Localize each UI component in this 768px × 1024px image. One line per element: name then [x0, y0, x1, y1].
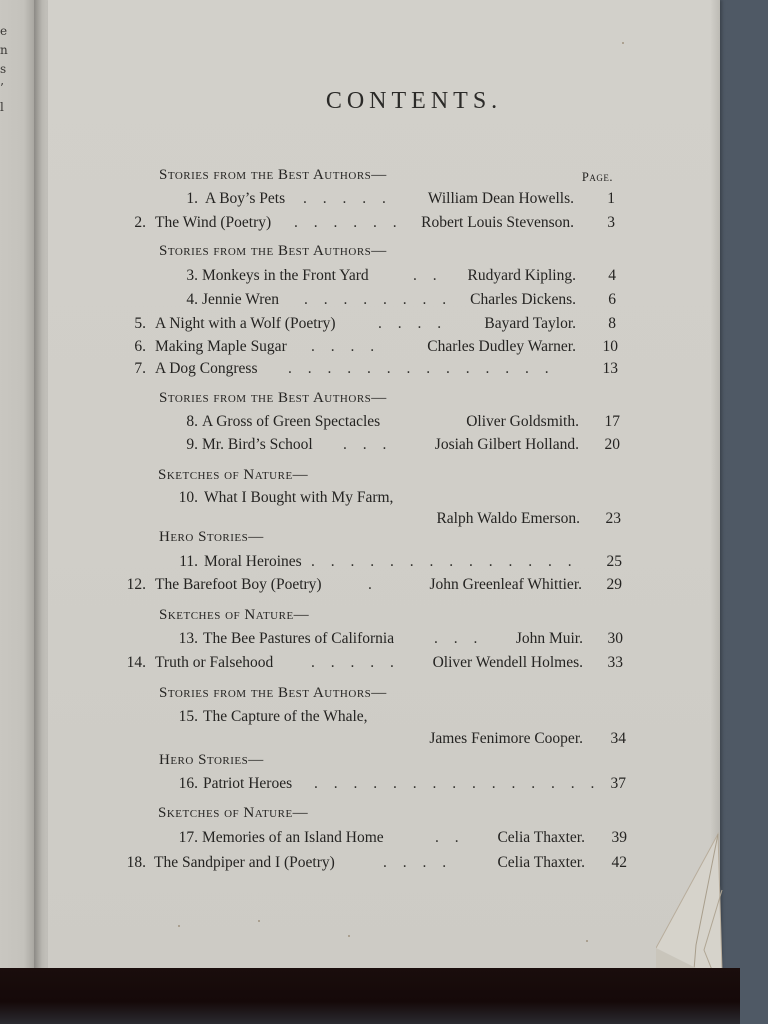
entry-page: 25 [592, 551, 622, 573]
toc-entry[interactable]: 17. Memories of an Island Home . . Celia… [48, 827, 720, 849]
entry-number: 10. [160, 487, 198, 509]
leader-dots: . . [413, 265, 443, 287]
entry-page: 17 [590, 411, 620, 433]
leader-dots: . . . . [383, 852, 452, 874]
entry-number: 4. [166, 289, 198, 311]
entry-author: Ralph Waldo Emerson. [436, 508, 580, 530]
entry-number: 8. [166, 411, 198, 433]
entry-title: Patriot Heroes [203, 773, 292, 795]
toc-entry[interactable]: 4. Jennie Wren . . . . . . . . Charles D… [48, 289, 720, 311]
section-heading: Stories from the Best Authors— [159, 240, 387, 262]
entry-title: A Gross of Green Spectacles [202, 411, 380, 433]
entry-author: William Dean Howells. [428, 188, 574, 210]
entry-title: The Wind (Poetry) [155, 212, 271, 234]
entry-title: The Bee Pastures of California [203, 628, 394, 650]
toc-entry[interactable]: 12. The Barefoot Boy (Poetry) . John Gre… [48, 574, 720, 596]
toc-entry-continuation[interactable]: James Fenimore Cooper. 34 [48, 728, 720, 750]
toc-entry[interactable]: 7. A Dog Congress . . . . . . . . . . . … [48, 358, 720, 380]
left-page-letter: l [0, 98, 10, 117]
section-heading: Sketches of Nature— [158, 802, 308, 824]
leader-dots: . . . [343, 434, 392, 456]
entry-author: Charles Dickens. [470, 289, 576, 311]
entry-title: Mr. Bird’s School [202, 434, 313, 456]
folded-page-corner [656, 830, 726, 970]
photo-scene: e n s ’ l CONTENTS. Stories from the Bes… [0, 0, 768, 1024]
toc-entry[interactable]: 8. A Gross of Green Spectacles . . Olive… [48, 411, 720, 433]
entry-author: Josiah Gilbert Holland. [435, 434, 579, 456]
left-page-text-fragments: e n s ’ l [0, 22, 10, 117]
entry-page: 42 [597, 852, 627, 874]
entry-page: 37 [596, 773, 626, 795]
entry-page: 29 [592, 574, 622, 596]
entry-page: 39 [597, 827, 627, 849]
entry-number: 2. [124, 212, 146, 234]
toc-entry[interactable]: 2. The Wind (Poetry) . . . . . . Robert … [48, 212, 720, 234]
entry-page: 13 [588, 358, 618, 380]
entry-page: 4 [586, 265, 616, 287]
entry-title: The Capture of the Whale, [203, 706, 368, 728]
entry-number: 17. [164, 827, 198, 849]
entry-author: Celia Thaxter. [497, 827, 585, 849]
entry-number: 16. [164, 773, 198, 795]
entry-title: Truth or Falsehood [155, 652, 273, 674]
entry-author: John Muir. [516, 628, 583, 650]
entry-page: 3 [585, 212, 615, 234]
entry-page: 20 [590, 434, 620, 456]
entry-number: 15. [164, 706, 198, 728]
toc-entry-continuation[interactable]: Ralph Waldo Emerson. 23 [48, 508, 720, 530]
entry-number: 9. [166, 434, 198, 456]
entry-page: 33 [593, 652, 623, 674]
section-heading: Sketches of Nature— [159, 604, 309, 626]
entry-page: 34 [596, 728, 626, 750]
entry-title: A Dog Congress [155, 358, 257, 380]
entry-author: John Greenleaf Whittier. [429, 574, 582, 596]
table-shadow [0, 968, 740, 1024]
toc-entry[interactable]: 10. What I Bought with My Farm, [48, 487, 720, 509]
entry-title: What I Bought with My Farm, [204, 487, 393, 509]
toc-entry[interactable]: 14. Truth or Falsehood . . . . . Oliver … [48, 652, 720, 674]
entry-title: A Boy’s Pets [205, 188, 285, 210]
entry-number: 12. [116, 574, 146, 596]
entry-number: 3. [166, 265, 198, 287]
section-heading: Stories from the Best Authors— [159, 387, 387, 409]
toc-entry[interactable]: 3. Monkeys in the Front Yard . . Rudyard… [48, 265, 720, 287]
entry-number: 14. [116, 652, 146, 674]
entry-page: 23 [591, 508, 621, 530]
section-heading: Stories from the Best Authors— [159, 682, 387, 704]
entry-number: 11. [166, 551, 198, 573]
entry-title: Moral Heroines [204, 551, 302, 573]
leader-dots: . . . . . . [294, 212, 403, 234]
entry-title: A Night with a Wolf (Poetry) [155, 313, 336, 335]
page-column-label: Page. [582, 166, 613, 188]
left-page-letter: e [0, 22, 10, 41]
entry-title: Jennie Wren [202, 289, 279, 311]
entry-page: 10 [588, 336, 618, 358]
entry-number: 18. [114, 852, 146, 874]
leader-dots: . . . . . . . . . . . . . . [311, 551, 578, 573]
toc-entry[interactable]: 9. Mr. Bird’s School . . . Josiah Gilber… [48, 434, 720, 456]
entry-number: 1. [166, 188, 198, 210]
entry-title: Memories of an Island Home [202, 827, 384, 849]
entry-title: Monkeys in the Front Yard [202, 265, 369, 287]
leader-dots: . . . . . . . . . . . . . . . [314, 773, 600, 795]
entry-page: 1 [585, 188, 615, 210]
left-page-letter: s [0, 60, 10, 79]
toc-entry[interactable]: 13. The Bee Pastures of California . . .… [48, 628, 720, 650]
toc-entry[interactable]: 6. Making Maple Sugar . . . . Charles Du… [48, 336, 720, 358]
entry-author: James Fenimore Cooper. [429, 728, 583, 750]
section-heading: Hero Stories— [159, 749, 264, 771]
entry-title: Making Maple Sugar [155, 336, 287, 358]
entry-title: The Sandpiper and I (Poetry) [154, 852, 335, 874]
left-page-letter: ’ [0, 79, 10, 98]
entry-number: 5. [124, 313, 146, 335]
entry-author: Bayard Taylor. [484, 313, 576, 335]
section-heading: Stories from the Best Authors— [159, 164, 387, 186]
section-heading: Sketches of Nature— [158, 464, 308, 486]
entry-author: Oliver Goldsmith. [466, 411, 579, 433]
leader-dots: . . . . [311, 336, 380, 358]
entry-number: 7. [124, 358, 146, 380]
leader-dots: . . . [434, 628, 483, 650]
entry-page: 30 [593, 628, 623, 650]
left-page-edge: e n s ’ l [0, 0, 34, 978]
table-of-contents: Stories from the Best Authors— Page. 1. … [48, 0, 720, 970]
entry-author: Rudyard Kipling. [468, 265, 577, 287]
leader-dots: . . . . . . . . . . . . . . [288, 358, 555, 380]
leader-dots: . . . . . [303, 188, 392, 210]
entry-author: Charles Dudley Warner. [427, 336, 576, 358]
leader-dots: . . . . . [311, 652, 400, 674]
toc-entry[interactable]: 18. The Sandpiper and I (Poetry) . . . .… [48, 852, 720, 874]
leader-dots: . . [435, 827, 465, 849]
left-page-letter: n [0, 41, 10, 60]
toc-entry[interactable]: 1. A Boy’s Pets . . . . . William Dean H… [48, 188, 720, 210]
leader-dots: . . . . . . . . [304, 289, 452, 311]
entry-number: 13. [166, 628, 198, 650]
toc-entry[interactable]: 11. Moral Heroines . . . . . . . . . . .… [48, 551, 720, 573]
entry-author: Oliver Wendell Holmes. [433, 652, 583, 674]
leader-dots: . . . . [378, 313, 447, 335]
entry-page: 8 [586, 313, 616, 335]
entry-title: The Barefoot Boy (Poetry) [155, 574, 322, 596]
contents-page: CONTENTS. Stories from the Best Authors—… [48, 0, 720, 970]
entry-number: 6. [124, 336, 146, 358]
toc-entry[interactable]: 15. The Capture of the Whale, [48, 706, 720, 728]
leader-dots: . [368, 574, 378, 596]
entry-author: Robert Louis Stevenson. [421, 212, 574, 234]
entry-page: 6 [586, 289, 616, 311]
toc-entry[interactable]: 5. A Night with a Wolf (Poetry) . . . . … [48, 313, 720, 335]
section-heading: Hero Stories— [159, 526, 264, 548]
toc-entry[interactable]: 16. Patriot Heroes . . . . . . . . . . .… [48, 773, 720, 795]
entry-author: Celia Thaxter. [497, 852, 585, 874]
